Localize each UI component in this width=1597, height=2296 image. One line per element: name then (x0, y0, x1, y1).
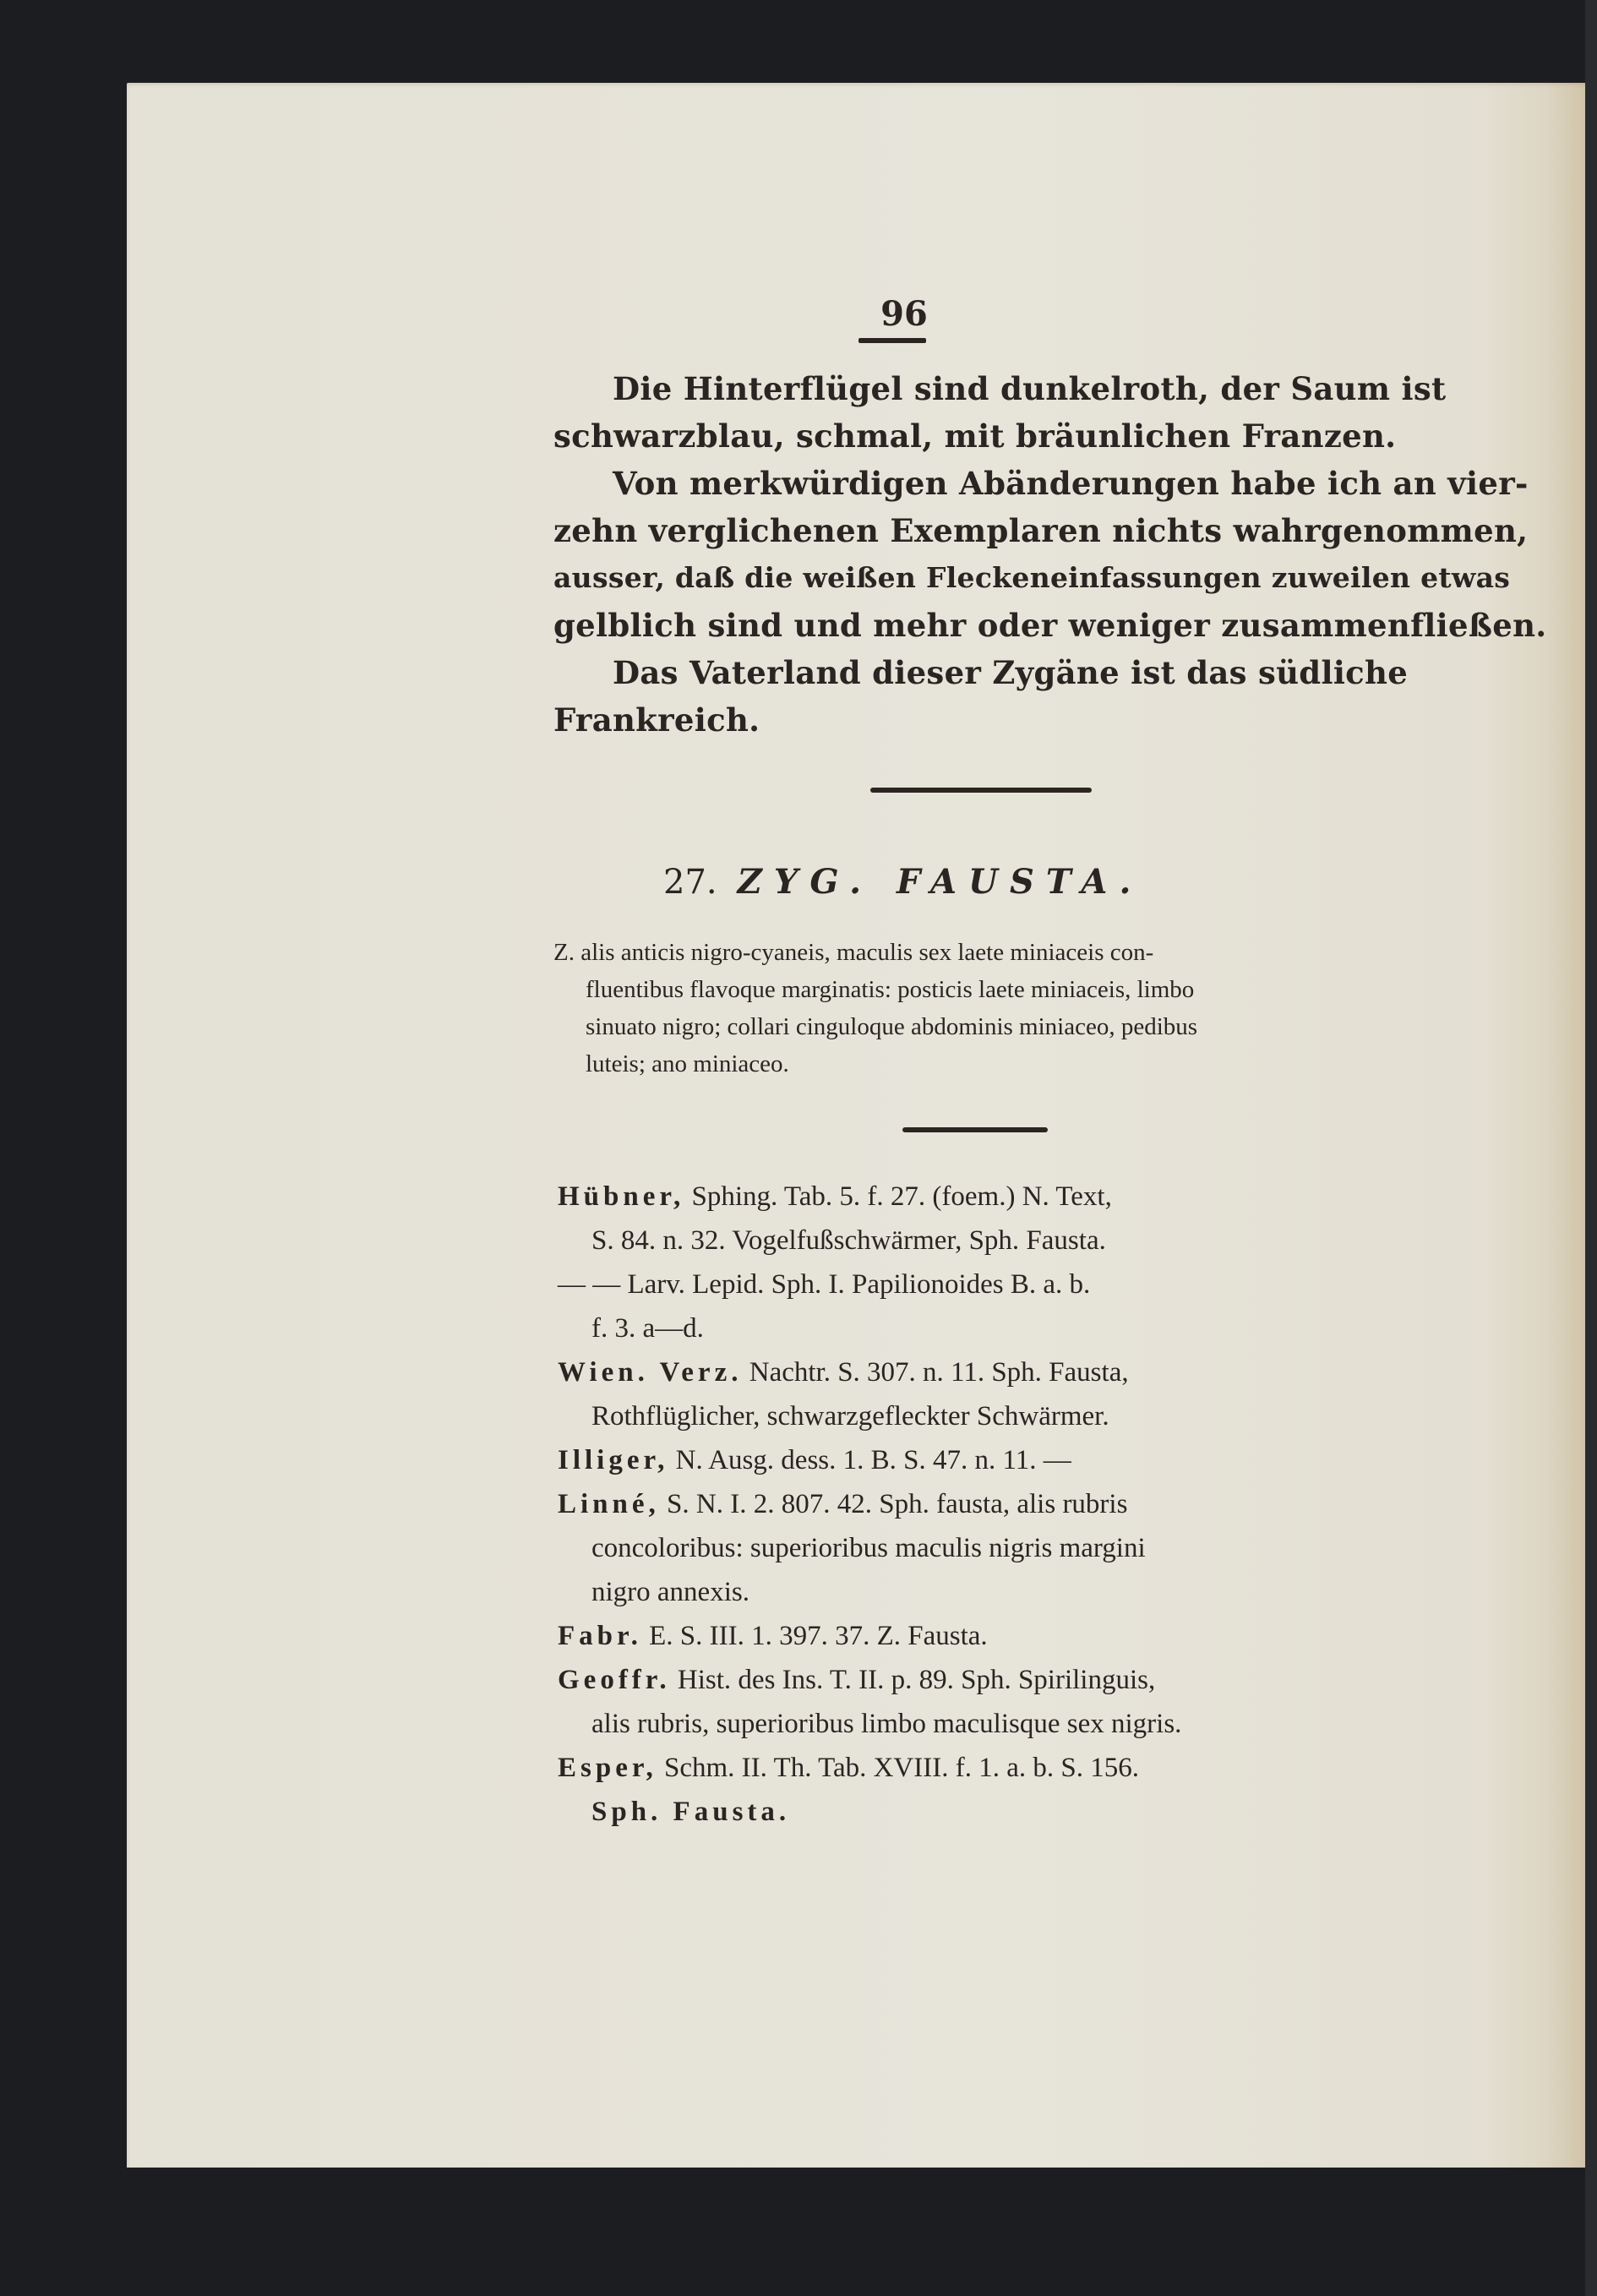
species-name: ZYG. FAUSTA. (738, 862, 1143, 902)
species-number: 27. (663, 863, 717, 902)
german-paragraph-1: Die Hinterflügel sind dunkelroth, der Sa… (553, 365, 1398, 460)
text-line: — — Larv. Lepid. Sph. I. Papilionoides B… (558, 1263, 1411, 1306)
text-line: nigro annexis. (558, 1570, 1411, 1614)
text-line: Von merkwürdigen Abänderungen habe ich a… (553, 460, 1398, 507)
reference-author: Linné, (558, 1489, 660, 1519)
text-line: schwarzblau, schmal, mit bräunlichen Fra… (553, 412, 1398, 460)
reference-author: Fabr. (558, 1621, 642, 1651)
text-line: concoloribus: superioribus maculis nigri… (558, 1526, 1411, 1570)
species-heading: 27.ZYG. FAUSTA. (663, 862, 1142, 902)
page-number: 96 (845, 294, 963, 334)
text-line: Schm. II. Th. Tab. XVIII. f. 1. a. b. S.… (664, 1753, 1139, 1783)
text-line: fluentibus flavoque marginatis: posticis… (553, 971, 1407, 1008)
reference-author: Esper, (558, 1753, 657, 1783)
text-line: E. S. III. 1. 397. 37. Z. Fausta. (649, 1621, 988, 1651)
reference-entry-linne: Linné, S. N. I. 2. 807. 42. Sph. fausta,… (558, 1482, 1411, 1614)
text-line: Die Hinterflügel sind dunkelroth, der Sa… (553, 365, 1398, 412)
german-paragraph-2: Von merkwürdigen Abänderungen habe ich a… (553, 460, 1398, 649)
text-line: f. 3. a—d. (558, 1306, 1411, 1350)
book-spine-edge (1585, 0, 1597, 2296)
text-line: Sphing. Tab. 5. f. 27. (foem.) N. Text, (692, 1181, 1112, 1212)
text-line: Hist. des Ins. T. II. p. 89. Sph. Spiril… (678, 1665, 1155, 1695)
text-line: alis rubris, superioribus limbo maculisq… (558, 1702, 1411, 1746)
text-line: S. 84. n. 32. Vogelfußschwärmer, Sph. Fa… (558, 1219, 1411, 1263)
reference-entry-wien-verz: Wien. Verz. Nachtr. S. 307. n. 11. Sph. … (558, 1350, 1411, 1438)
text-line: sinuato nigro; collari cinguloque abdomi… (553, 1008, 1407, 1045)
reference-entry-esper: Esper, Schm. II. Th. Tab. XVIII. f. 1. a… (558, 1746, 1411, 1834)
reference-entry-geoffroy: Geoffr. Hist. des Ins. T. II. p. 89. Sph… (558, 1658, 1411, 1746)
reference-author: Illiger, (558, 1445, 668, 1475)
text-line: Sph. Fausta. (558, 1790, 1411, 1834)
reference-entry-huebner: Hübner, Sphing. Tab. 5. f. 27. (foem.) N… (558, 1175, 1411, 1350)
text-line: Frankreich. (553, 696, 1398, 744)
reference-author: Wien. Verz. (558, 1357, 742, 1388)
text-line: Das Vaterland dieser Zygäne ist das südl… (553, 649, 1398, 696)
text-line: Z. alis anticis nigro-cyaneis, maculis s… (553, 934, 1407, 971)
text-line: S. N. I. 2. 807. 42. Sph. fausta, alis r… (667, 1489, 1127, 1519)
text-line: ausser, daß die weißen Fleckeneinfassung… (553, 554, 1398, 602)
reference-entry-fabricius: Fabr. E. S. III. 1. 397. 37. Z. Fausta. (558, 1614, 1411, 1658)
reference-author: Geoffr. (558, 1665, 671, 1695)
text-line: luteis; ano miniaceo. (553, 1045, 1407, 1083)
section-divider (870, 788, 1092, 793)
page-number-rule (858, 338, 926, 343)
text-line: Rothflüglicher, schwarzgefleckter Schwär… (558, 1394, 1411, 1438)
text-line: gelblich sind und mehr oder weniger zusa… (553, 602, 1398, 649)
text-line: Nachtr. S. 307. n. 11. Sph. Fausta, (749, 1357, 1129, 1388)
section-divider (902, 1127, 1048, 1132)
reference-entry-illiger: Illiger, N. Ausg. dess. 1. B. S. 47. n. … (558, 1438, 1411, 1482)
german-paragraph-3: Das Vaterland dieser Zygäne ist das südl… (553, 649, 1398, 744)
text-line: N. Ausg. dess. 1. B. S. 47. n. 11. — (676, 1445, 1071, 1475)
reference-author: Hübner, (558, 1181, 684, 1212)
references-list: Hübner, Sphing. Tab. 5. f. 27. (foem.) N… (558, 1175, 1411, 1834)
latin-description: Z. alis anticis nigro-cyaneis, maculis s… (553, 934, 1407, 1083)
text-line: zehn verglichenen Exemplaren nichts wahr… (553, 507, 1398, 554)
